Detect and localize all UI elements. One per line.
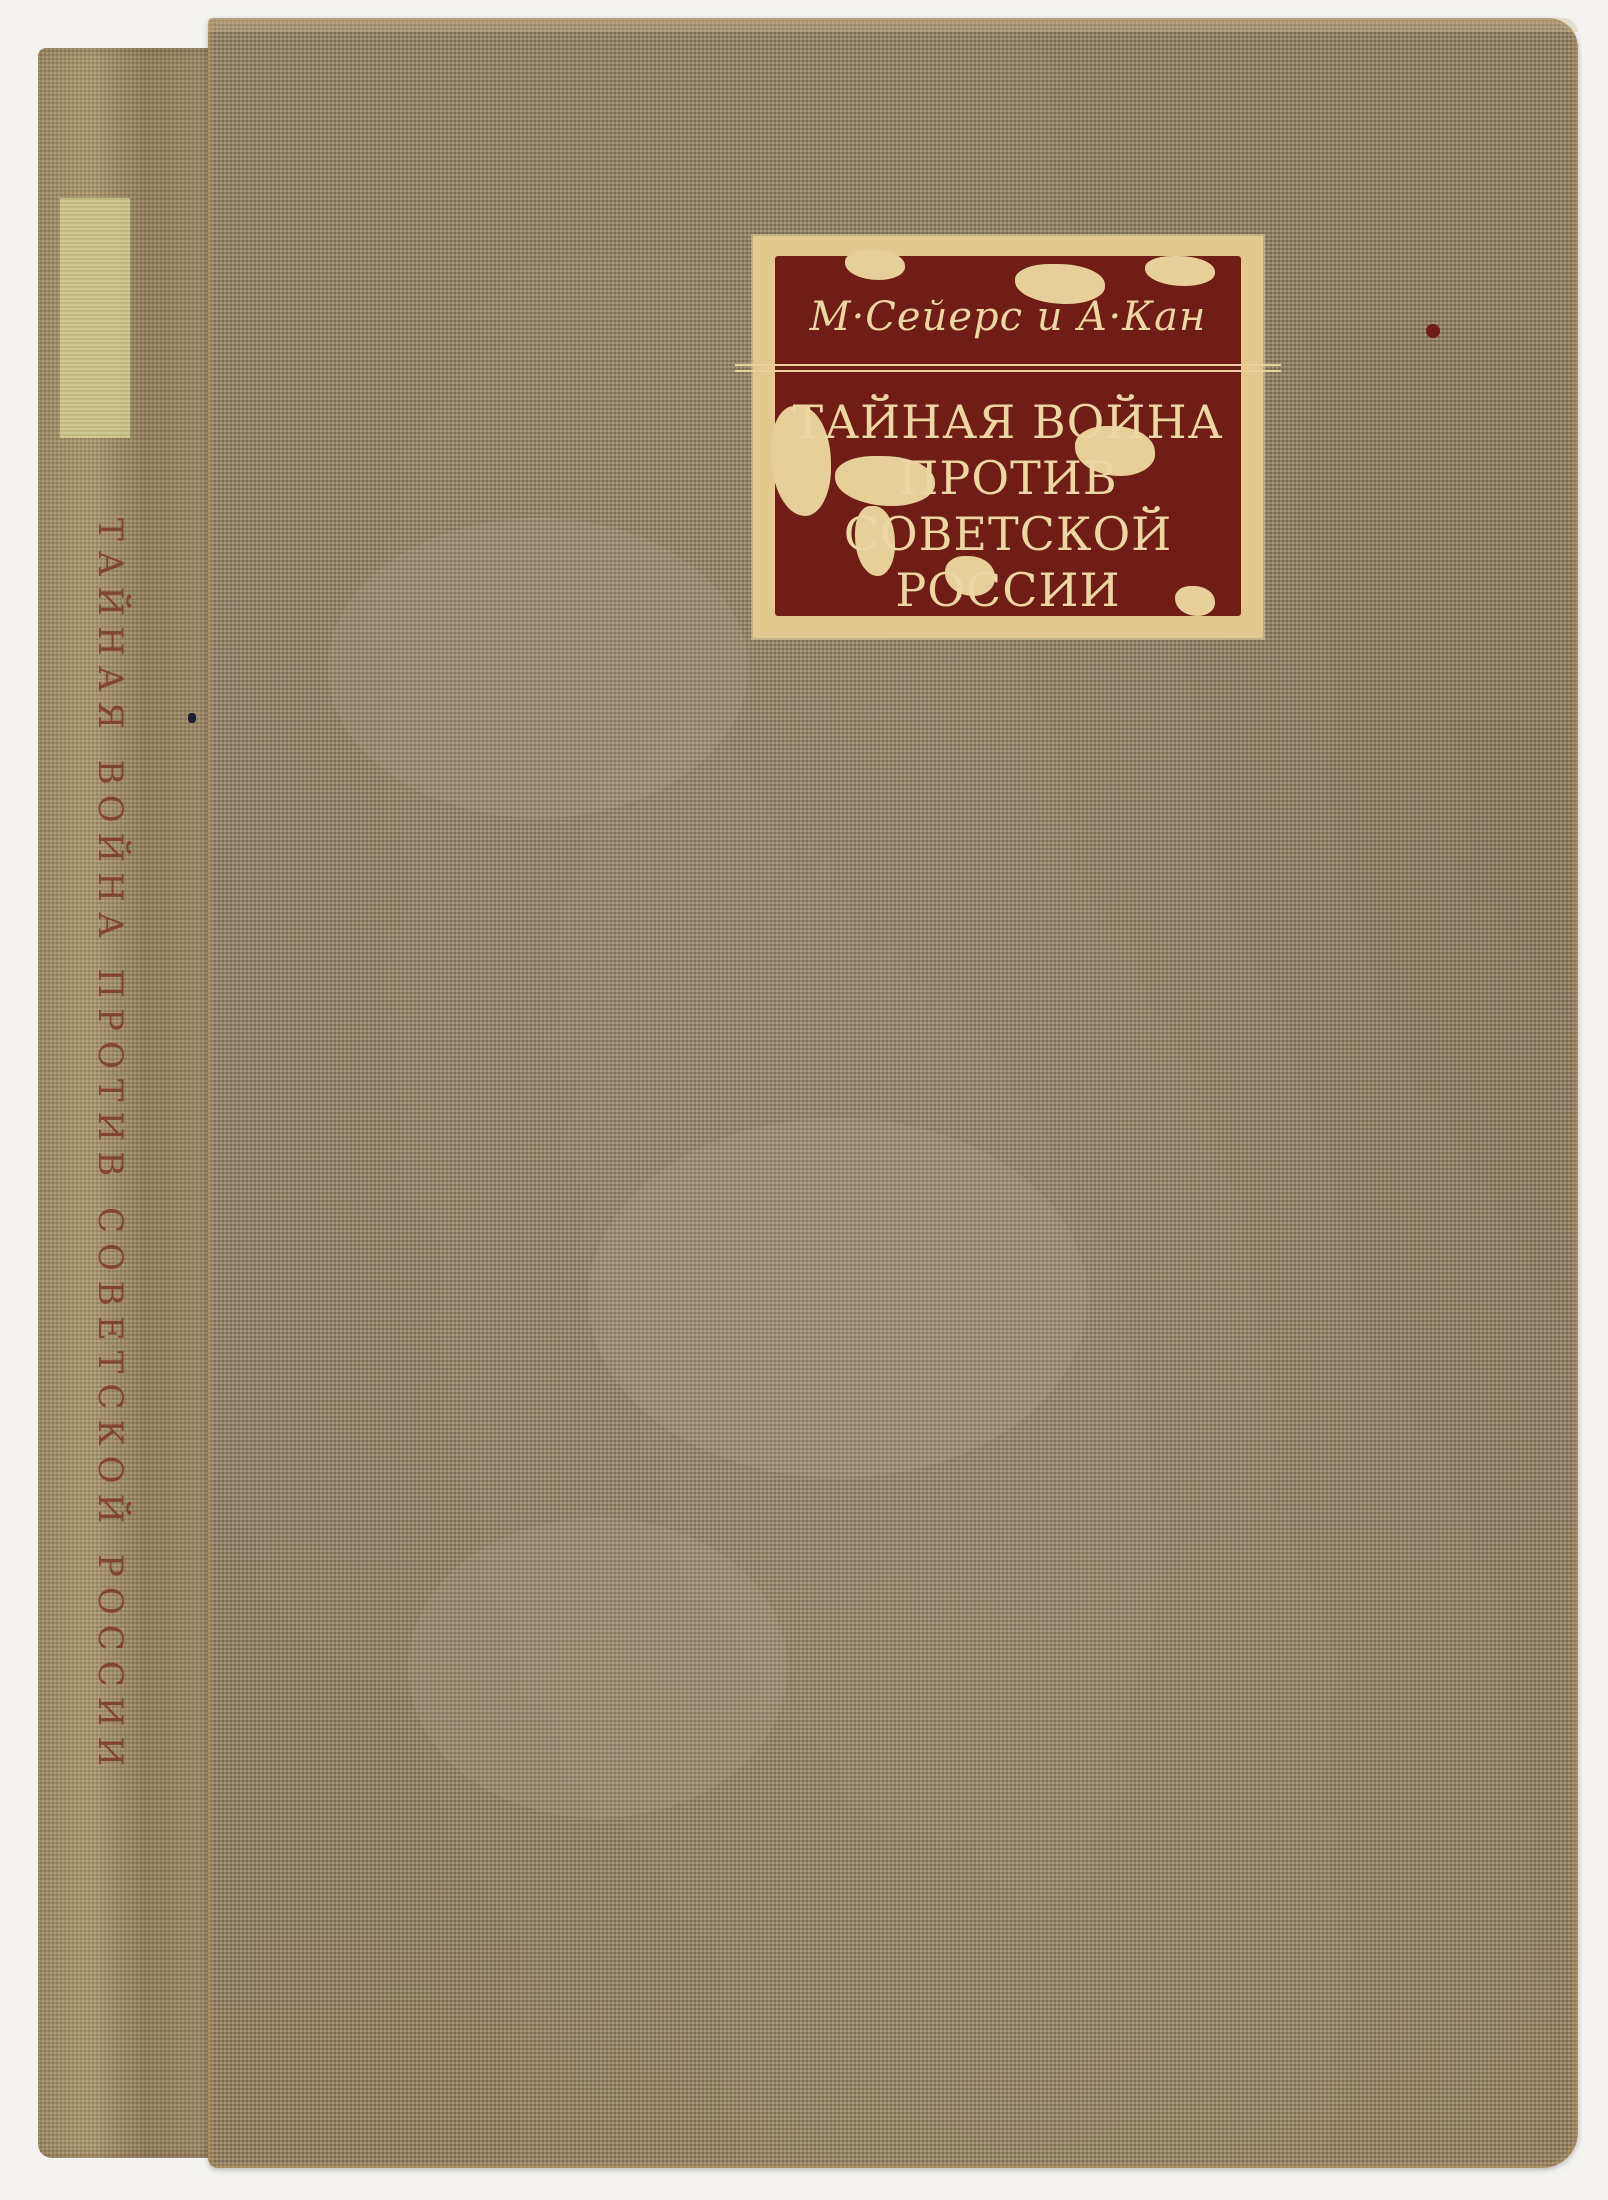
title-line: РОССИИ bbox=[775, 562, 1241, 618]
cloth-stain bbox=[328, 518, 748, 818]
title-line: ТАЙНАЯ ВОЙНА bbox=[775, 394, 1241, 450]
book: ТАЙНАЯ ВОЙНА ПРОТИВ СОВЕТСКОЙ РОССИИ М·С… bbox=[38, 18, 1578, 2178]
ink-spot bbox=[188, 713, 196, 723]
author-line: М·Сейерс и А·Кан bbox=[775, 294, 1241, 340]
title-line: ПРОТИВ bbox=[775, 450, 1241, 506]
spine-label-patch bbox=[60, 198, 130, 438]
title-label: М·Сейерс и А·Кан ТАЙНАЯ ВОЙНА ПРОТИВ СОВ… bbox=[753, 236, 1263, 638]
divider-rule bbox=[735, 364, 1281, 372]
ornament-icon bbox=[1426, 324, 1440, 338]
cloth-stain bbox=[588, 1118, 1088, 1478]
worn-top-edge bbox=[208, 18, 1578, 32]
cloth-stain bbox=[408, 1518, 788, 1818]
worn-gilt bbox=[1145, 256, 1215, 286]
book-title: ТАЙНАЯ ВОЙНА ПРОТИВ СОВЕТСКОЙ РОССИИ bbox=[775, 394, 1241, 618]
book-spine: ТАЙНАЯ ВОЙНА ПРОТИВ СОВЕТСКОЙ РОССИИ bbox=[38, 48, 218, 2158]
title-line: СОВЕТСКОЙ bbox=[775, 506, 1241, 562]
label-panel: М·Сейерс и А·Кан ТАЙНАЯ ВОЙНА ПРОТИВ СОВ… bbox=[775, 256, 1241, 616]
worn-gilt bbox=[845, 250, 905, 280]
spine-title: ТАЙНАЯ ВОЙНА ПРОТИВ СОВЕТСКОЙ РОССИИ bbox=[90, 518, 130, 1776]
